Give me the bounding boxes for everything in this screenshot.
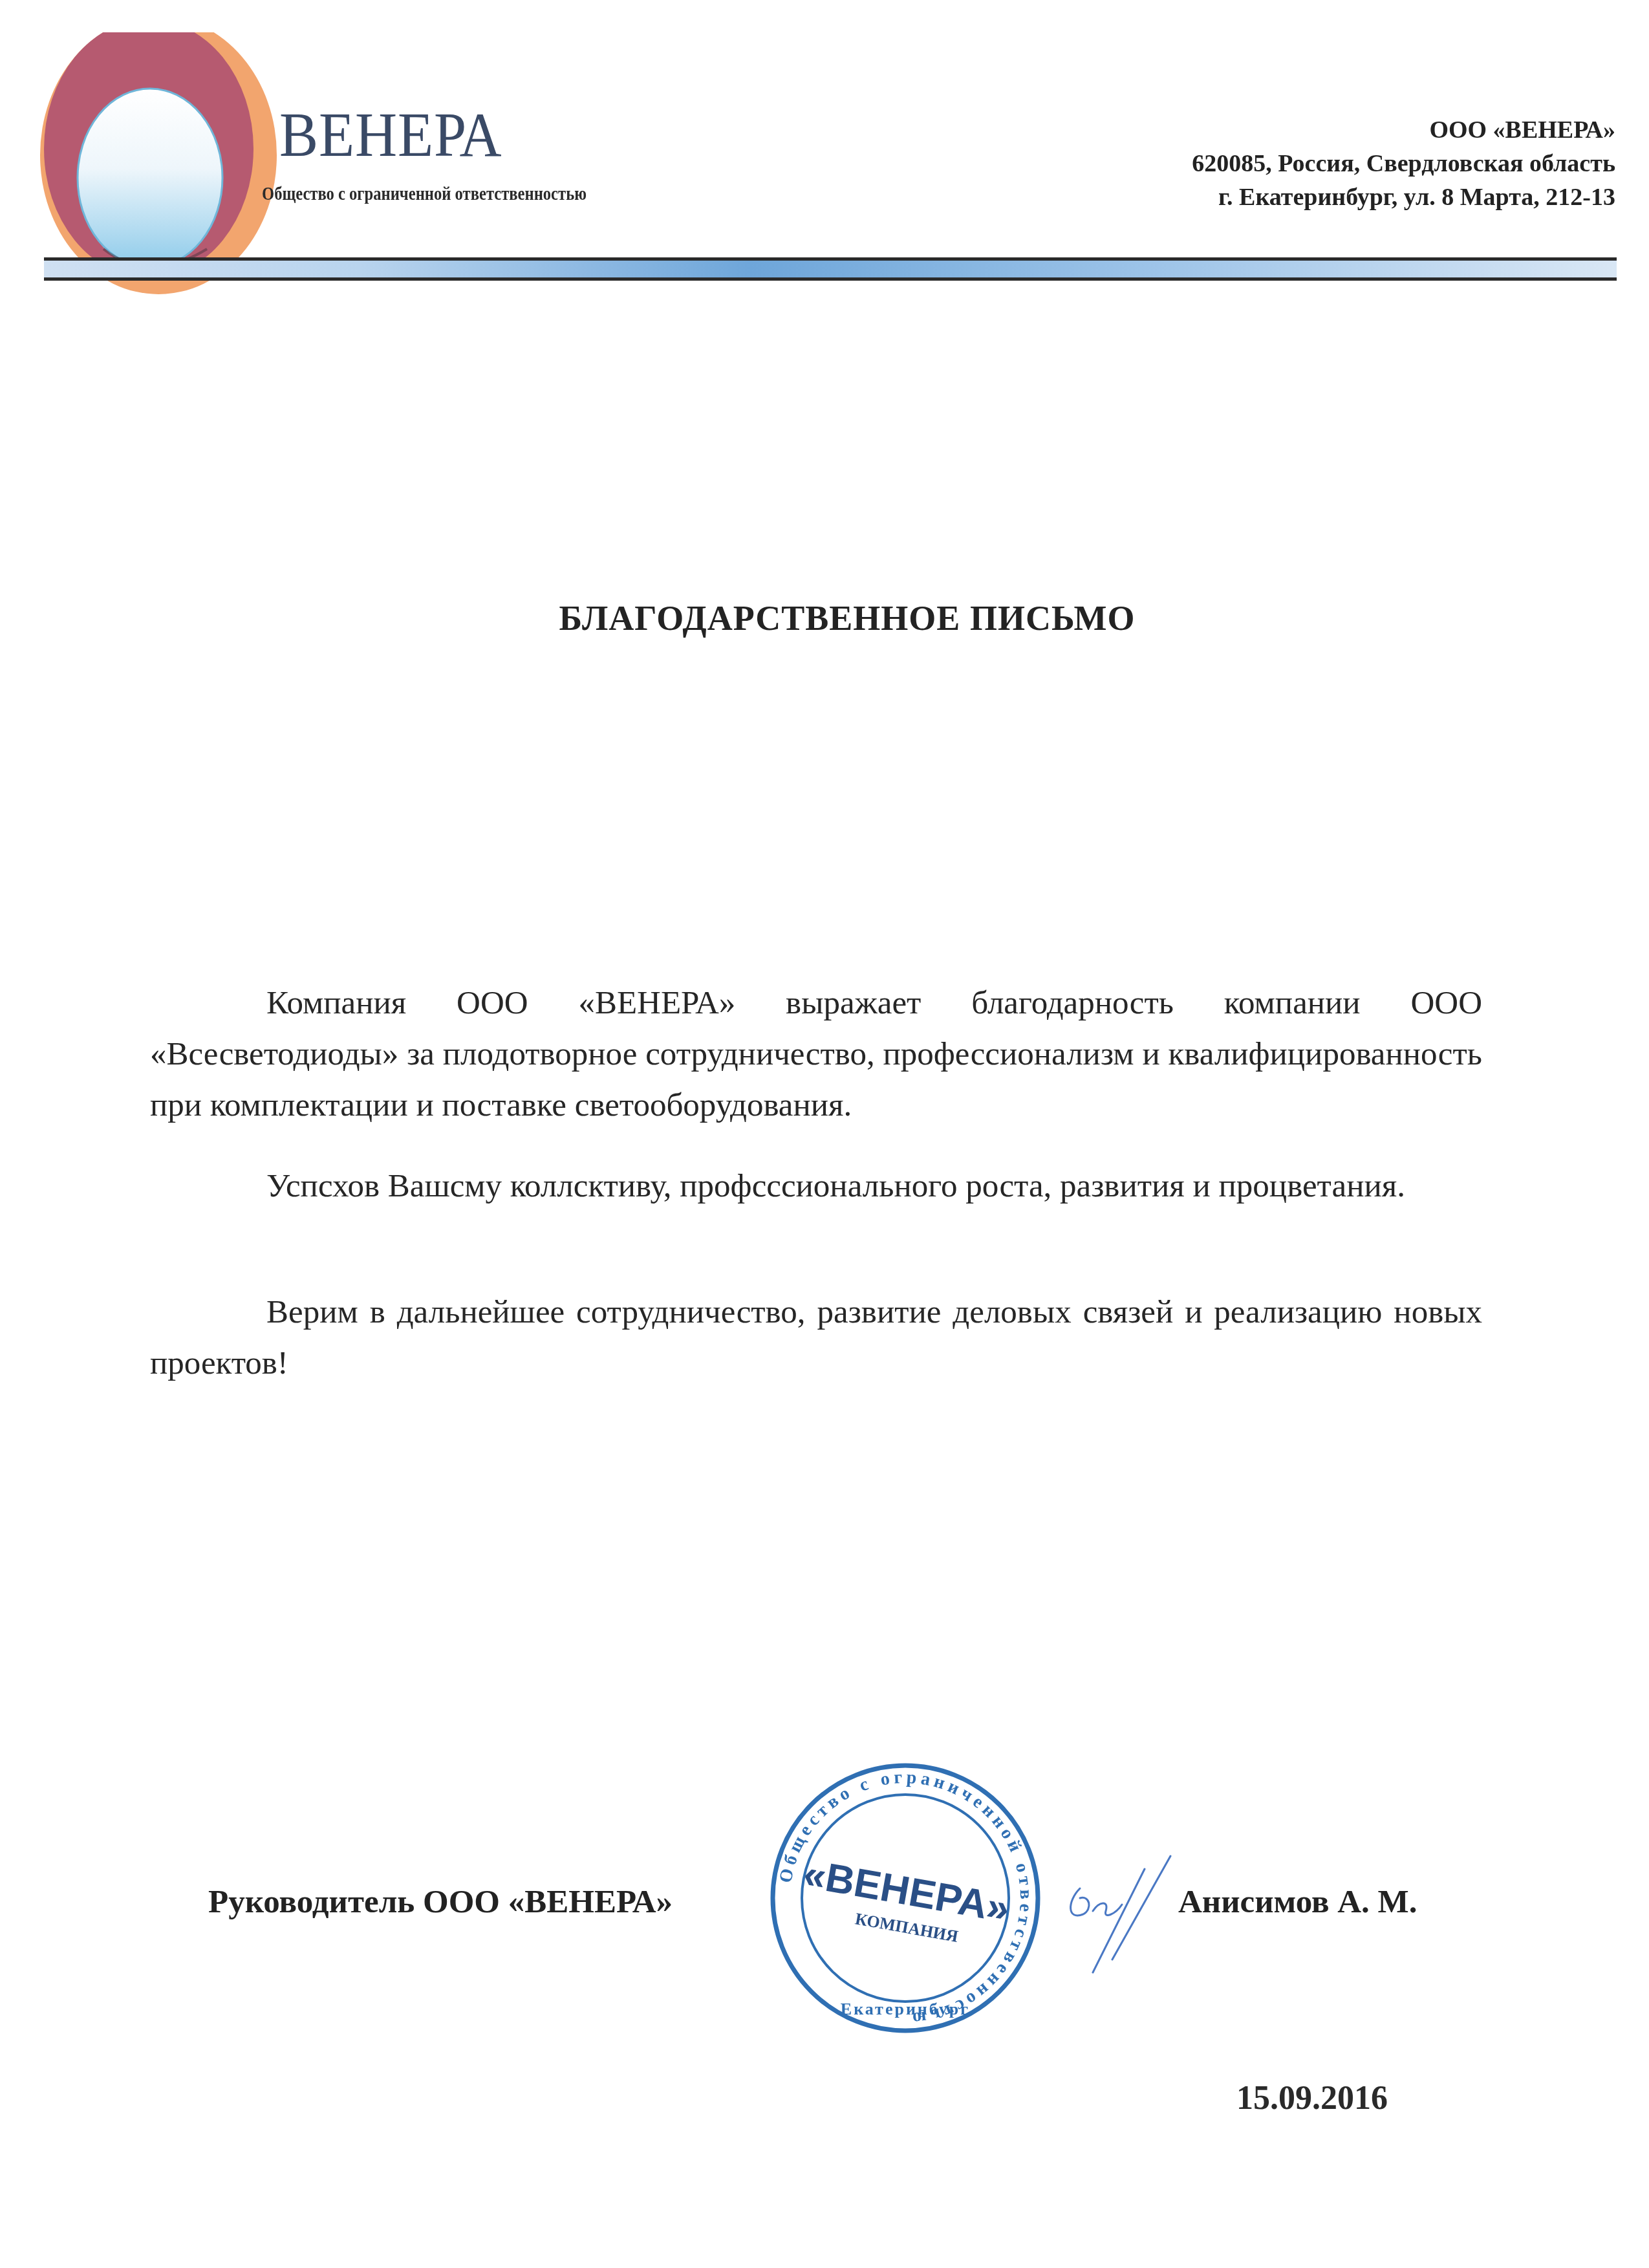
document-title: БЛАГОДАРСТВЕННОЕ ПИСЬМО [0, 598, 1649, 638]
svg-text:Екатеринбург: Екатеринбург [841, 2000, 970, 2018]
address-line: ООО «ВЕНЕРА» [1192, 113, 1615, 147]
company-name: ВЕНЕРА [279, 103, 502, 167]
header-divider-bar [44, 257, 1617, 281]
signatory-name: Анисимов А. М. [1178, 1883, 1417, 1921]
body-paragraph: Успсхов Вашсму коллсктиву, профсссиональ… [150, 1161, 1482, 1212]
paragraph-text: Успсхов Вашсму коллсктиву, профсссиональ… [150, 1161, 1482, 1212]
address-line: 620085, Россия, Свердловская область [1192, 147, 1615, 180]
handwritten-signature-icon [1054, 1850, 1183, 1979]
venera-circles-logo-icon [39, 26, 285, 297]
company-stamp-icon: Общество с ограниченной ответственностью… [766, 1759, 1044, 2037]
body-paragraph: Компания ООО «ВЕНЕРА» выражает благодарн… [150, 978, 1482, 1131]
signatory-role: Руководитель ООО «ВЕНЕРА» [208, 1883, 673, 1921]
company-address: ООО «ВЕНЕРА» 620085, Россия, Свердловска… [1192, 113, 1615, 214]
paragraph-text: Верим в дальнейшее сотрудничество, разви… [150, 1287, 1482, 1389]
address-line: г. Екатеринбург, ул. 8 Марта, 212-13 [1192, 180, 1615, 214]
body-paragraph: Верим в дальнейшее сотрудничество, разви… [150, 1287, 1482, 1389]
company-subtitle: Общество с ограниченной ответственностью [262, 184, 587, 204]
document-date: 15.09.2016 [1236, 2079, 1388, 2117]
paragraph-text: Компания ООО «ВЕНЕРА» выражает благодарн… [150, 978, 1482, 1131]
